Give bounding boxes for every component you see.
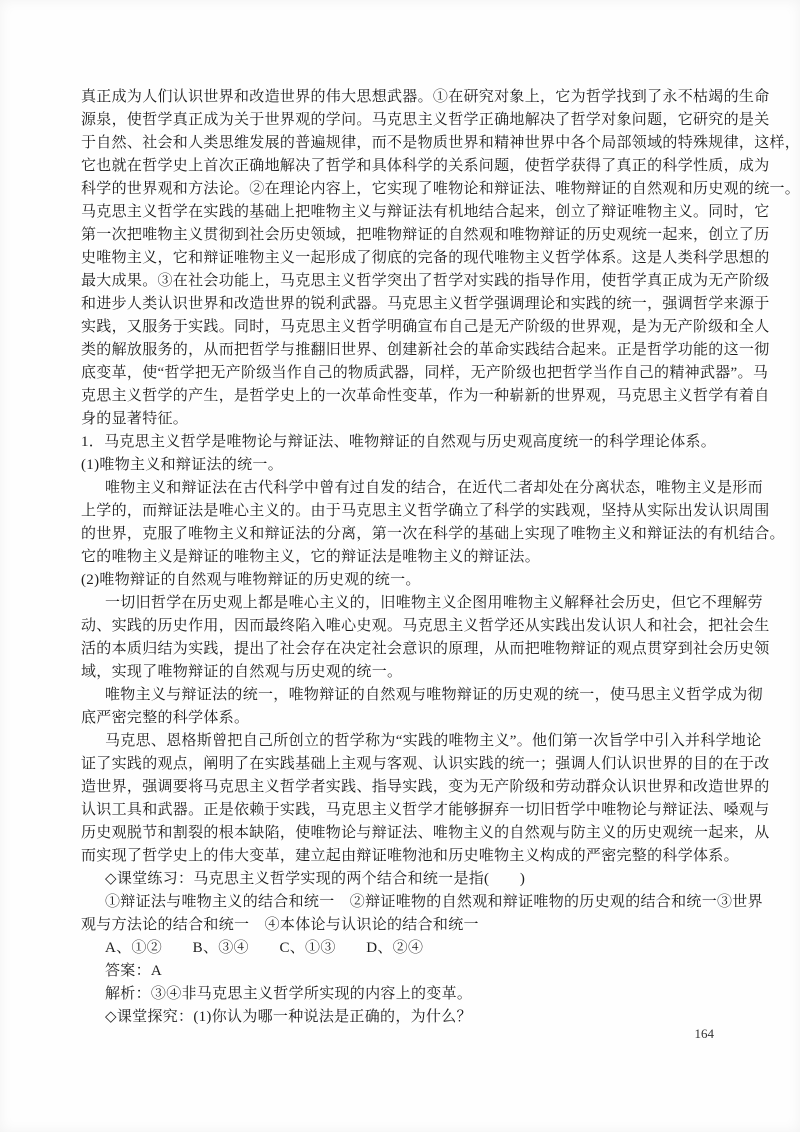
text-line: 域，实现了唯物辩证的自然观与历史观的统一。 [81, 661, 743, 684]
text-line: 1．马克思主义哲学是唯物论与辩证法、唯物辩证的自然观与历史观高度统一的科学理论体… [81, 431, 743, 454]
text-line: 证了实践的观点，阐明了在实践基础上主观与客观、认识实践的统一；强调人们认识世界的… [81, 753, 743, 776]
text-block: 真正成为人们认识世界和改造世界的伟大思想武器。①在研究对象上，它为哲学找到了永不… [81, 86, 743, 1029]
text-line: 历史观脱节和割裂的根本缺陷，使唯物论与辩证法、唯物主义的自然观与防主义的历史观统… [81, 822, 743, 845]
text-line: 和进步人类认识世界和改造世界的锐利武器。马克思主义哲学强调理论和实践的统一，强调… [81, 293, 743, 316]
text-line: 唯物主义与辩证法的统一，唯物辩证的自然观与唯物辩证的历史观的统一，使马思主义哲学… [81, 684, 743, 707]
text-line: 身的显著特征。 [81, 408, 743, 431]
text-line: 活的本质归结为实践，提出了社会存在决定社会意识的原理，从而把唯物辩证的观点贯穿到… [81, 638, 743, 661]
text-line: 一切旧哲学在历史观上都是唯心主义的，旧唯物主义企图用唯物主义解释社会历史，但它不… [81, 592, 743, 615]
text-line: A、①② B、③④ C、①③ D、②④ [81, 937, 743, 960]
text-line: 答案：A [81, 960, 743, 983]
text-line: ①辩证法与唯物主义的结合和统一 ②辩证唯物的自然观和辩证唯物的历史观的结合和统一… [81, 891, 743, 914]
text-line: 源泉，使哲学真正成为关于世界观的学问。马克思主义哲学正确地解决了哲学对象问题，它… [81, 109, 743, 132]
text-line: 上学的，而辩证法是唯心主义的。由于马克思主义哲学确立了科学的实践观，坚持从实际出… [81, 500, 743, 523]
text-line: 它也就在哲学史上首次正确地解决了哲学和具体科学的关系问题，使哲学获得了真正的科学… [81, 155, 743, 178]
text-line: 它的唯物主义是辩证的唯物主义，它的辩证法是唯物主义的辩证法。 [81, 546, 743, 569]
text-line: 克思主义哲学的产生，是哲学史上的一次革命性变革，作为一种崭新的世界观，马克思主义… [81, 385, 743, 408]
text-line: 解析：③④非马克思主义哲学所实现的内容上的变革。 [81, 983, 743, 1006]
text-line: 马克思、恩格斯曾把自己所创立的哲学称为“实践的唯物主义”。他们第一次旨学中引入并… [81, 730, 743, 753]
text-line: 于自然、社会和人类思维发展的普遍规律，而不是物质世界和精神世界中各个局部领域的特… [81, 132, 743, 155]
text-line: 造世界，强调要将马克思主义哲学者实践、指导实践，变为无产阶级和劳动群众认识世界和… [81, 776, 743, 799]
text-line: 观与方法论的结合和统一 ④本体论与认识论的结合和统一 [81, 914, 743, 937]
scanned-page: 真正成为人们认识世界和改造世界的伟大思想武器。①在研究对象上，它为哲学找到了永不… [0, 0, 800, 1132]
page-number: 164 [695, 1026, 715, 1042]
text-line: 底严密完整的科学体系。 [81, 707, 743, 730]
text-line: ◇课堂探究：(1)你认为哪一种说法是正确的，为什么？ [81, 1006, 743, 1029]
text-line: 实践，又服务于实践。同时，马克思主义哲学明确宣布自己是无产阶级的世界观，是为无产… [81, 316, 743, 339]
text-line: ◇课堂练习：马克思主义哲学实现的两个结合和统一是指( ) [81, 868, 743, 891]
text-line: 认识工具和武器。正是依赖于实践，马克思主义哲学才能够摒弃一切旧哲学中唯物论与辩证… [81, 799, 743, 822]
text-line: 类的解放服务的，从而把哲学与推翻旧世界、创建新社会的革命实践结合起来。正是哲学功… [81, 339, 743, 362]
text-line: (2)唯物辩证的自然观与唯物辩证的历史观的统一。 [81, 569, 743, 592]
text-line: 底变革，使“哲学把无产阶级当作自己的物质武器，同样，无产阶级也把哲学当作自己的精… [81, 362, 743, 385]
text-line: 第一次把唯物主义贯彻到社会历史领域，把唯物辩证的自然观和唯物辩证的历史观统一起来… [81, 224, 743, 247]
text-line: 最大成果。③在社会功能上，马克思主义哲学突出了哲学对实践的指导作用，使哲学真正成… [81, 270, 743, 293]
text-line: 真正成为人们认识世界和改造世界的伟大思想武器。①在研究对象上，它为哲学找到了永不… [81, 86, 743, 109]
text-line: 马克思主义哲学在实践的基础上把唯物主义与辩证法有机地结合起来，创立了辩证唯物主义… [81, 201, 743, 224]
text-line: 唯物主义和辩证法在古代科学中曾有过自发的结合，在近代二者却处在分离状态，唯物主义… [81, 477, 743, 500]
text-line: 动、实践的历史作用，因而最终陷入唯心史观。马克思主义哲学还从实践出发认识人和社会… [81, 615, 743, 638]
text-line: 科学的世界观和方法论。②在理论内容上，它实现了唯物论和辩证法、唯物辩证的自然观和… [81, 178, 743, 201]
text-line: 的世界，克服了唯物主义和辩证法的分离，第一次在科学的基础上实现了唯物主义和辩证法… [81, 523, 743, 546]
text-line: (1)唯物主义和辩证法的统一。 [81, 454, 743, 477]
text-line: 史唯物主义，它和辩证唯物主义一起形成了彻底的完备的现代唯物主义哲学体系。这是人类… [81, 247, 743, 270]
text-line: 而实现了哲学史上的伟大变革，建立起由辩证唯物池和历史唯物主义构成的严密完整的科学… [81, 845, 743, 868]
